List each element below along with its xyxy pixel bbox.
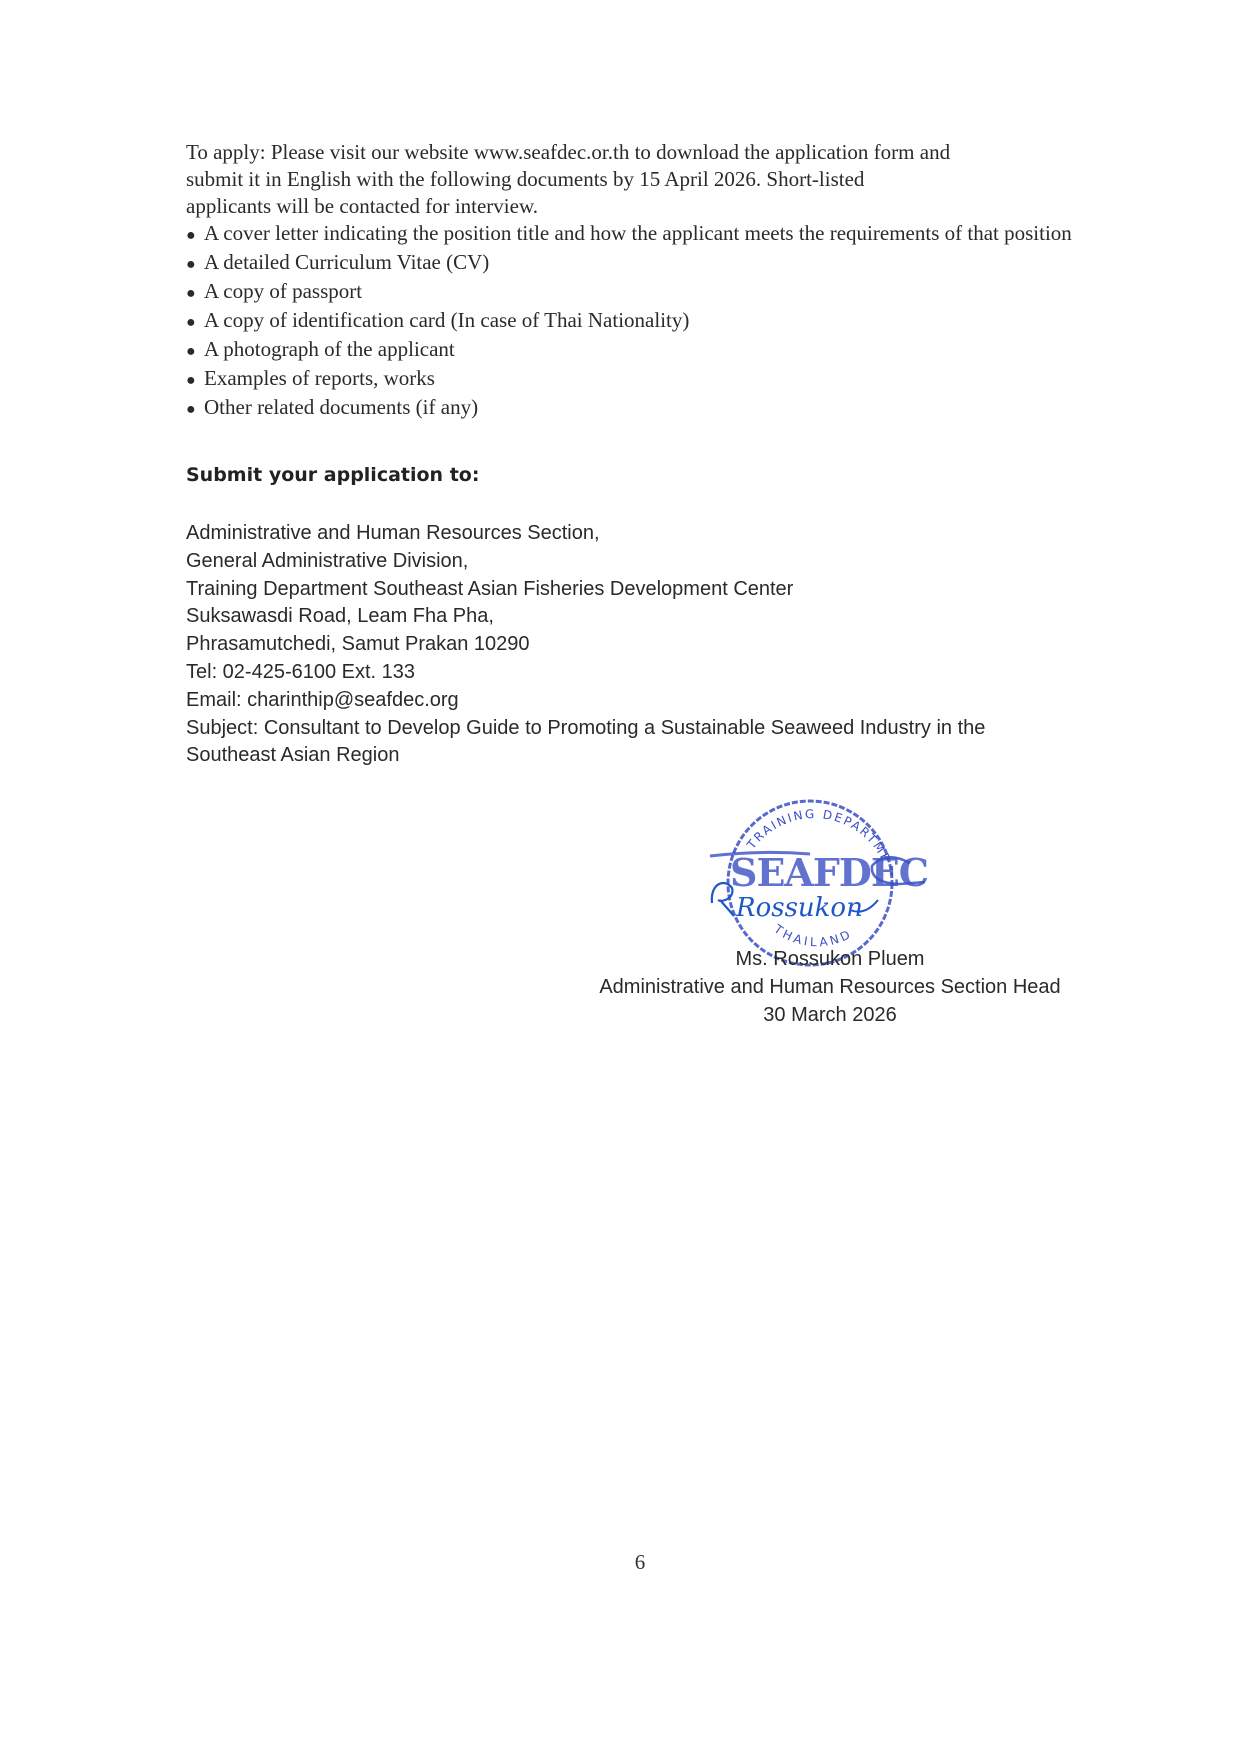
list-item: ●A photograph of the applicant [186,336,1072,365]
list-item: ●Other related documents (if any) [186,394,1072,423]
intro-line: applicants will be contacted for intervi… [186,193,1086,220]
list-item: ●A detailed Curriculum Vitae (CV) [186,249,1072,278]
address-line: Phrasamutchedi, Samut Prakan 10290 [186,631,985,659]
stamp-center-text: SEAFDEC [730,850,928,895]
bullet-icon: ● [186,222,204,249]
signature-date: 30 March 2026 [560,1002,1100,1030]
bullet-icon: ● [186,396,204,423]
intro-line: To apply: Please visit our website www.s… [186,139,1086,166]
list-item: ●A copy of identification card (In case … [186,307,1072,336]
bullet-icon: ● [186,367,204,394]
list-item: ●A cover letter indicating the position … [186,220,1072,249]
list-item: ●A copy of passport [186,278,1072,307]
phone-line: Tel: 02-425-6100 Ext. 133 [186,659,985,687]
official-stamp: TRAINING DEPARTMENT THAILAND SEAFDEC Ros… [700,788,940,968]
list-item: ●Examples of reports, works [186,365,1072,394]
subject-line: Southeast Asian Region [186,742,985,770]
submission-address: Administrative and Human Resources Secti… [186,520,985,770]
bullet-icon: ● [186,280,204,307]
address-line: Suksawasdi Road, Leam Fha Pha, [186,603,985,631]
document-page: To apply: Please visit our website www.s… [0,0,1242,1755]
address-line: Training Department Southeast Asian Fish… [186,576,985,604]
page-number: 6 [0,1550,1242,1575]
bullet-icon: ● [186,338,204,365]
seafdec-stamp-icon: TRAINING DEPARTMENT THAILAND SEAFDEC Ros… [700,788,940,968]
intro-line: submit it in English with the following … [186,166,1086,193]
signature-block: Ms. Rossukon Pluem Administrative and Hu… [560,946,1100,1029]
address-line: Administrative and Human Resources Secti… [186,520,985,548]
signature: Rossukon [735,893,863,923]
application-instructions: To apply: Please visit our website www.s… [186,139,1086,220]
email-line: Email: charinthip@seafdec.org [186,687,985,715]
bullet-icon: ● [186,309,204,336]
submit-heading: Submit your application to: [186,464,479,486]
bullet-icon: ● [186,251,204,278]
signatory-title: Administrative and Human Resources Secti… [560,974,1100,1002]
signatory-name: Ms. Rossukon Pluem [560,946,1100,974]
required-documents-list: ●A cover letter indicating the position … [186,220,1072,423]
subject-line: Subject: Consultant to Develop Guide to … [186,715,985,743]
address-line: General Administrative Division, [186,548,985,576]
